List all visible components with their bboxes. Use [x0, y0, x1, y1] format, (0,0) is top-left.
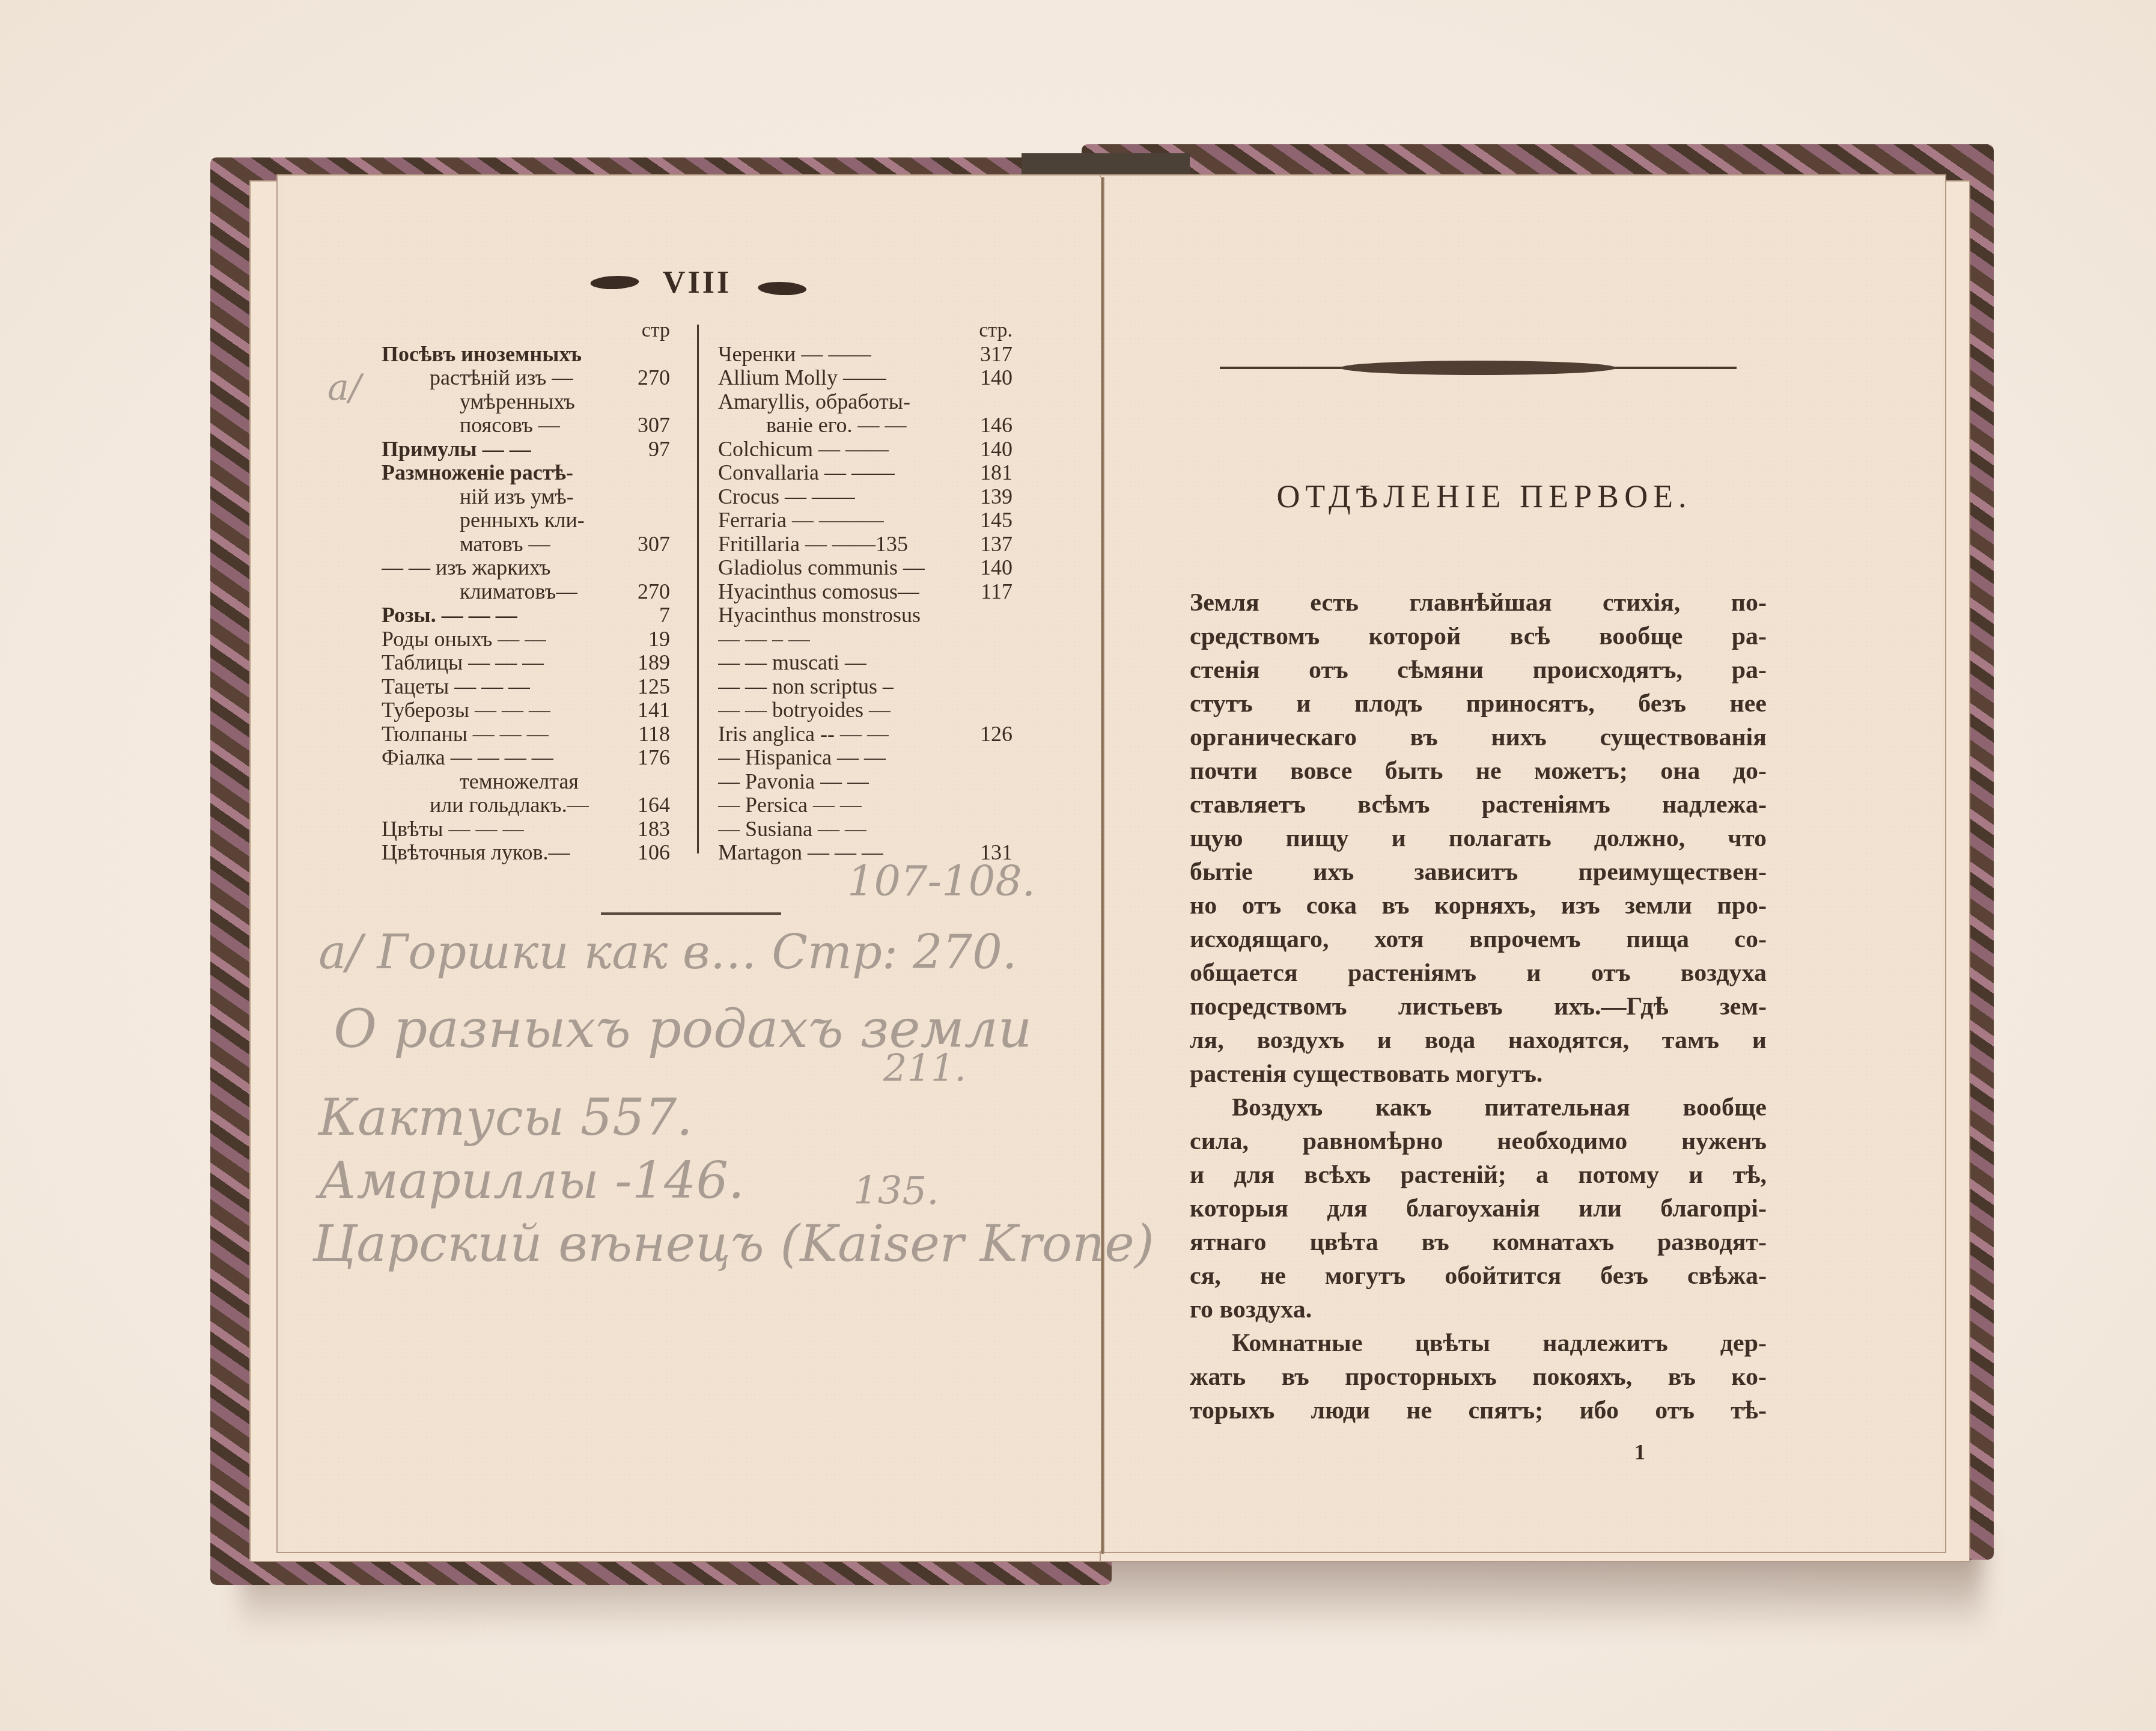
index-entry-page: 106: [638, 841, 670, 865]
text-line: ля, воздухъ и вода находятся, тамъ и: [1190, 1024, 1767, 1057]
column-header: стр.: [718, 319, 1013, 343]
index-entry-page: 176: [638, 746, 670, 770]
text-line: торыхъ люди не спятъ; ибо отъ тѣ-: [1190, 1394, 1767, 1427]
index-entry-label: Тюлпаны — — —: [382, 722, 549, 746]
index-entry: Посѣвъ иноземныхъ: [382, 343, 670, 367]
index-entry: Розы. — — —7: [382, 603, 670, 627]
pencil-note: 107-108.: [847, 856, 1035, 906]
index-entry: Gladiolus communis —140: [718, 556, 1013, 580]
text-line: но отъ сока въ корняхъ, изъ земли про-: [1190, 889, 1767, 923]
index-entry-page: 146: [980, 414, 1013, 438]
running-head: VIII: [577, 258, 817, 307]
index-entry-label: Convallaria — ——: [718, 461, 895, 485]
index-entry: — — – —: [718, 627, 1013, 652]
index-entry-label: Colchicum — ——: [718, 438, 889, 462]
index-entry-page: 139: [980, 485, 1013, 509]
index-entry: Hyacinthus comosus—117: [718, 580, 1013, 604]
index-entry-label: — — – —: [718, 627, 810, 652]
pencil-note: Амариллы -146.: [318, 1151, 745, 1210]
index-entry-page: 181: [980, 461, 1013, 485]
index-entry-page: 145: [980, 508, 1013, 533]
index-entry-label: Роды оныхъ — —: [382, 627, 546, 652]
ink-rule: [601, 912, 781, 915]
index-entry-label: — — muscati —: [718, 651, 866, 675]
index-entry: Allium Molly ——140: [718, 366, 1013, 390]
index-entry-page: 183: [638, 817, 670, 841]
index-entry-label: — Persica — —: [718, 793, 862, 817]
index-entry: — Persica — —: [718, 793, 1013, 817]
text-line: Земля есть главнѣйшая стихія, по-: [1190, 586, 1767, 620]
ornamental-rule: [1220, 361, 1737, 375]
index-entry-label: Посѣвъ иноземныхъ: [382, 343, 582, 367]
index-entry: умѣренныхъ: [382, 390, 670, 414]
text-line: бытіе ихъ зависитъ преимуществен-: [1190, 855, 1767, 889]
index-entry-label: Примулы — —: [382, 438, 531, 462]
index-entry-label: Таблицы — — —: [382, 651, 544, 675]
index-entry: Colchicum — ——140: [718, 438, 1013, 462]
index-entry: климатовъ—270: [382, 580, 670, 604]
index-entry: Amaryllis, обработы-: [718, 390, 1013, 414]
text-line: го воздуха.: [1190, 1293, 1767, 1326]
column-divider: [697, 325, 699, 853]
index-entry-page: 117: [981, 580, 1013, 604]
index-entry-label: Размноженіе растѣ-: [382, 461, 573, 485]
index-entry-page: 307: [638, 414, 670, 438]
index-entry-label: ній изъ умѣ-: [382, 485, 574, 509]
index-entry-label: или гольдлакъ.—: [382, 793, 589, 817]
index-entry: — — изъ жаркихъ: [382, 556, 670, 580]
page-number: VIII: [663, 265, 731, 301]
index-entry-page: 140: [980, 438, 1013, 462]
index-entry-label: Gladiolus communis —: [718, 556, 925, 580]
index-rows: Черенки — ——317Allium Molly ——140Amaryll…: [718, 343, 1013, 865]
index-entry-label: — — non scriptus –: [718, 675, 894, 699]
index-entry-label: Fritillaria — ——135: [718, 533, 908, 557]
index-column-right: стр. Черенки — ——317Allium Molly ——140Am…: [718, 319, 1013, 865]
index-entry: Convallaria — ——181: [718, 461, 1013, 485]
index-entry-label: Amaryllis, обработы-: [718, 390, 910, 414]
index-entry-page: 97: [648, 438, 670, 462]
index-entry-page: 137: [980, 533, 1013, 557]
index-entry-page: 125: [638, 675, 670, 699]
index-entry-label: Ferraria — ———: [718, 508, 884, 533]
index-entry-label: растѣній изъ —: [382, 366, 573, 390]
text-line: Воздухъ какъ питательная вообще: [1190, 1091, 1767, 1125]
index-entry: Туберозы — — —141: [382, 698, 670, 722]
gutter: [1101, 177, 1104, 1554]
text-line: исходящаго, хотя впрочемъ пища со-: [1190, 923, 1767, 956]
index-entry-label: — Hispanica — —: [718, 746, 886, 770]
index-entry-page: 7: [659, 603, 670, 627]
index-entry: — Pavonia — —: [718, 770, 1013, 794]
text-line: средствомъ которой всѣ вообще ра-: [1190, 620, 1767, 653]
index-entry: Тюлпаны — — —118: [382, 722, 670, 746]
flourish-right-icon: [755, 282, 809, 295]
index-entry-label: Iris anglica -- — —: [718, 722, 889, 746]
text-line: сила, равномѣрно необходимо нуженъ: [1190, 1125, 1767, 1158]
index-entry-label: Розы. — — —: [382, 603, 517, 627]
index-entry: Fritillaria — ——135137: [718, 533, 1013, 557]
text-line: почти вовсе быть не можетъ; она до-: [1190, 754, 1767, 788]
index-rows: Посѣвъ иноземныхърастѣній изъ —270умѣрен…: [382, 343, 670, 865]
index-entry: или гольдлакъ.—164: [382, 793, 670, 817]
text-line: ставляетъ всѣмъ растеніямъ надлежа-: [1190, 788, 1767, 822]
index-entry: Таблицы — — —189: [382, 651, 670, 675]
index-entry: Цвѣточныя луков.—106: [382, 841, 670, 865]
index-entry-label: Allium Molly ——: [718, 366, 886, 390]
pencil-note: Царский вѣнецъ (Kaiser Krone): [312, 1214, 1154, 1273]
index-entry: матовъ —307: [382, 533, 670, 557]
index-entry-label: ренныхъ кли-: [382, 508, 585, 533]
index-entry-label: Hyacinthus monstrosus: [718, 603, 921, 627]
column-header: стр: [382, 319, 670, 343]
index-entry-page: 270: [638, 366, 670, 390]
index-entry-page: 164: [638, 793, 670, 817]
text-line: щую пищу и полагать должно, что: [1190, 822, 1767, 855]
text-line: ся, не могутъ обойтится безъ свѣжа-: [1190, 1259, 1767, 1293]
pencil-note: 135.: [853, 1169, 939, 1214]
index-entry: Фіалка — — — —176: [382, 746, 670, 770]
body-text: Земля есть главнѣйшая стихія, по-средств…: [1190, 586, 1767, 1427]
index-entry-label: Цвѣты — — —: [382, 817, 524, 841]
index-entry: Ferraria — ———145: [718, 508, 1013, 533]
index-entry-label: умѣренныхъ: [382, 390, 575, 414]
index-entry: поясовъ —307: [382, 414, 670, 438]
index-entry-page: 118: [638, 722, 670, 746]
index-entry-label: Hyacinthus comosus—: [718, 580, 919, 604]
index-entry: растѣній изъ —270: [382, 366, 670, 390]
index-entry-label: Черенки — ——: [718, 343, 871, 367]
index-entry-label: поясовъ —: [382, 414, 560, 438]
index-entry-page: 307: [638, 533, 670, 557]
index-entry-page: 317: [980, 343, 1013, 367]
text-line: органическаго въ нихъ существованія: [1190, 721, 1767, 754]
index-entry-label: ваніе его. — —: [718, 414, 907, 438]
index-entry: Примулы — —97: [382, 438, 670, 462]
text-line: стенія отъ сѣмяни происходятъ, ра-: [1190, 653, 1767, 687]
pencil-note: Кактусы 557.: [318, 1088, 693, 1147]
index-entry-page: 270: [638, 580, 670, 604]
text-line: которыя для благоуханія или благопрі-: [1190, 1192, 1767, 1226]
index-entry: Черенки — ——317: [718, 343, 1013, 367]
index-entry: ренныхъ кли-: [382, 508, 670, 533]
index-column-left: стр Посѣвъ иноземныхърастѣній изъ —270ум…: [382, 319, 670, 865]
index-entry-label: климатовъ—: [382, 580, 577, 604]
text-line: растенія существовать могутъ.: [1190, 1057, 1767, 1091]
index-entry: темножелтая: [382, 770, 670, 794]
index-entry: — — muscati —: [718, 651, 1013, 675]
index-entry-label: — Pavonia — —: [718, 770, 869, 794]
text-line: посредствомъ листьевъ ихъ.—Гдѣ зем-: [1190, 990, 1767, 1024]
index-entry-label: — — изъ жаркихъ: [382, 556, 550, 580]
index-entry-page: 141: [638, 698, 670, 722]
text-line: жать въ просторныхъ покояхъ, въ ко-: [1190, 1360, 1767, 1394]
index-entry: ваніе его. — —146: [718, 414, 1013, 438]
index-entry-page: 126: [980, 722, 1013, 746]
index-entry: ній изъ умѣ-: [382, 485, 670, 509]
margin-mark: a/: [327, 367, 361, 409]
index-entry-label: матовъ —: [382, 533, 550, 557]
index-entry: — Susiana — —: [718, 817, 1013, 841]
text-line: общается растеніямъ и отъ воздуха: [1190, 956, 1767, 990]
text-line: стутъ и плодъ приносятъ, безъ нее: [1190, 687, 1767, 721]
index-entry: Тацеты — — —125: [382, 675, 670, 699]
index-entry-label: Crocus — ——: [718, 485, 855, 509]
index-entry-page: 19: [648, 627, 670, 652]
text-line: Комнатные цвѣты надлежитъ дер-: [1190, 1326, 1767, 1360]
index-entry-page: 189: [638, 651, 670, 675]
index-entry-label: — Susiana — —: [718, 817, 866, 841]
index-entry: — Hispanica — —: [718, 746, 1013, 770]
pencil-note: a/ Горшки как в… Стр: 270.: [318, 926, 1017, 980]
index-entry-label: Фіалка — — — —: [382, 746, 553, 770]
text-line: ятнаго цвѣта въ комнатахъ разводят-: [1190, 1226, 1767, 1259]
index-entry-page: 140: [980, 556, 1013, 580]
index-entry: Hyacinthus monstrosus: [718, 603, 1013, 627]
index-entry: — — botryoides —: [718, 698, 1013, 722]
index-entry: Crocus — ——139: [718, 485, 1013, 509]
index-entry: Роды оныхъ — —19: [382, 627, 670, 652]
pencil-note: 211.: [883, 1046, 966, 1090]
index-entry-label: Цвѣточныя луков.—: [382, 841, 570, 865]
chapter-title: ОТДѢЛЕНІЕ ПЕРВОЕ.: [1226, 478, 1743, 515]
text-line: и для всѣхъ растеній; а потому и тѣ,: [1190, 1158, 1767, 1192]
index-entry-label: Тацеты — — —: [382, 675, 530, 699]
signature-mark: 1: [1634, 1439, 1645, 1465]
index-entry-label: Туберозы — — —: [382, 698, 550, 722]
index-entry: Iris anglica -- — —126: [718, 722, 1013, 746]
index-entry: Размноженіе растѣ-: [382, 461, 670, 485]
index-entry-label: — — botryoides —: [718, 698, 891, 722]
index-entry-page: 140: [980, 366, 1013, 390]
index-entry: — — non scriptus –: [718, 675, 1013, 699]
flourish-left-icon: [588, 276, 642, 289]
index-entry-label: темножелтая: [382, 770, 579, 794]
index-entry: Цвѣты — — —183: [382, 817, 670, 841]
